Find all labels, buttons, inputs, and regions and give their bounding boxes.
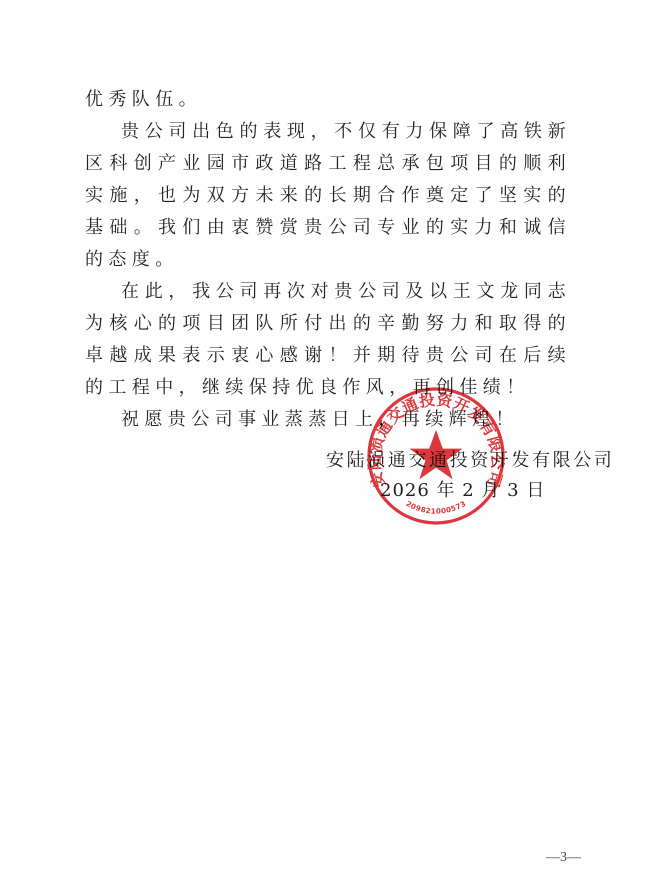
document-page: 优秀队伍。 贵公司出色的表现，不仅有力保障了高铁新区科创产业园市政道路工程总承包… bbox=[0, 0, 650, 886]
seal-star-icon bbox=[410, 430, 463, 479]
letter-body: 优秀队伍。 贵公司出色的表现，不仅有力保障了高铁新区科创产业园市政道路工程总承包… bbox=[85, 84, 571, 436]
paragraph-closing-fragment: 优秀队伍。 bbox=[85, 84, 571, 116]
paragraph-thanks: 在此，我公司再次对贵公司及以王文龙同志为核心的项目团队所付出的辛勤努力和取得的卓… bbox=[85, 276, 571, 404]
page-number: —3— bbox=[546, 850, 581, 866]
paragraph-performance: 贵公司出色的表现，不仅有力保障了高铁新区科创产业园市政道路工程总承包项目的顺利实… bbox=[85, 116, 571, 276]
company-seal-icon: 安陆涢通交通投资开发有限公司 42098210005738 bbox=[366, 386, 506, 526]
